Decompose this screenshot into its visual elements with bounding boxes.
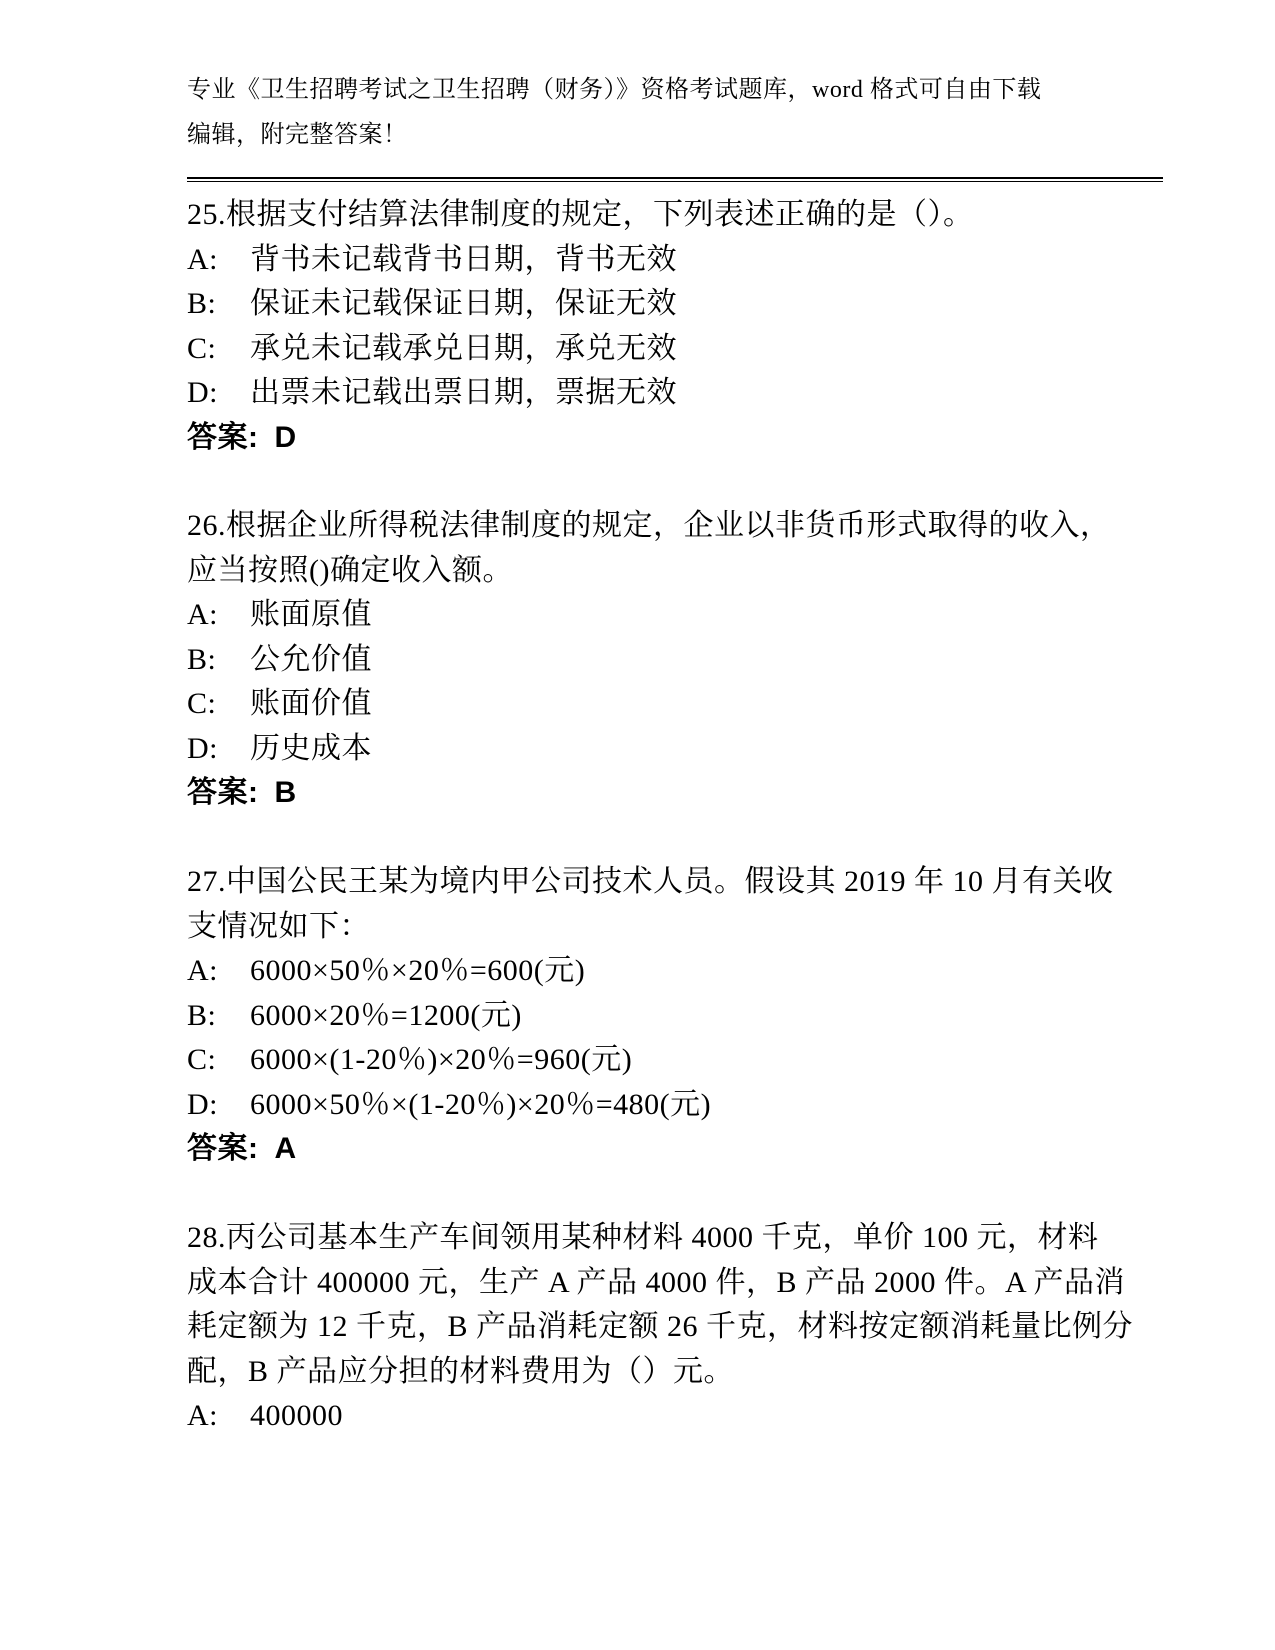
- question-27-option-a: A: 6000×50％×20％=600(元): [187, 949, 1147, 994]
- question-28-stem-line-4: 配，B 产品应分担的材料费用为（）元。: [187, 1350, 1147, 1395]
- question-28: 28.丙公司基本生产车间领用某种材料 4000 千克，单价 100 元，材料 成…: [187, 1216, 1147, 1439]
- answer-value: D: [275, 416, 297, 461]
- question-25: 25.根据支付结算法律制度的规定，下列表述正确的是（）。 A: 背书未记载背书日…: [187, 193, 1147, 460]
- option-text: 背书未记载背书日期，背书无效: [250, 238, 677, 283]
- option-text: 6000×20％=1200(元): [250, 994, 522, 1039]
- question-25-stem: 25.根据支付结算法律制度的规定，下列表述正确的是（）。: [187, 193, 1147, 238]
- question-27-option-c: C: 6000×(1-20％)×20％=960(元): [187, 1038, 1147, 1083]
- option-label: B:: [187, 638, 250, 683]
- header-divider: [187, 177, 1163, 182]
- question-28-stem-line-3: 耗定额为 12 千克，B 产品消耗定额 26 千克，材料按定额消耗量比例分: [187, 1305, 1147, 1350]
- option-text: 承兑未记载承兑日期，承兑无效: [250, 327, 677, 372]
- answer-value: A: [275, 1127, 297, 1172]
- option-text: 出票未记载出票日期，票据无效: [250, 371, 677, 416]
- question-27-stem-line-2: 支情况如下：: [187, 905, 1147, 950]
- option-label: A:: [187, 1394, 250, 1439]
- question-28-stem-line-2: 成本合计 400000 元，生产 A 产品 4000 件，B 产品 2000 件…: [187, 1261, 1147, 1306]
- question-25-option-d: D: 出票未记载出票日期，票据无效: [187, 371, 1147, 416]
- question-28-option-a: A: 400000: [187, 1394, 1147, 1439]
- header-line-1: 专业《卫生招聘考试之卫生招聘（财务）》资格考试题库，word 格式可自由下载: [187, 68, 1137, 113]
- question-26-stem-line-1: 26.根据企业所得税法律制度的规定，企业以非货币形式取得的收入，: [187, 504, 1147, 549]
- page-header: 专业《卫生招聘考试之卫生招聘（财务）》资格考试题库，word 格式可自由下载 编…: [187, 68, 1137, 157]
- question-27-option-d: D: 6000×50％×(1-20％)×20％=480(元): [187, 1083, 1147, 1128]
- question-27-answer: 答案: A: [187, 1127, 1147, 1172]
- question-26-option-d: D: 历史成本: [187, 727, 1147, 772]
- question-27: 27.中国公民王某为境内甲公司技术人员。假设其 2019 年 10 月有关收 支…: [187, 860, 1147, 1172]
- option-label: D:: [187, 727, 250, 772]
- option-text: 公允价值: [250, 638, 372, 683]
- option-text: 6000×50％×20％=600(元): [250, 949, 585, 994]
- option-label: B:: [187, 994, 250, 1039]
- option-text: 保证未记载保证日期，保证无效: [250, 282, 677, 327]
- option-label: C:: [187, 1038, 250, 1083]
- question-26-answer: 答案: B: [187, 771, 1147, 816]
- option-label: C:: [187, 682, 250, 727]
- option-text: 400000: [250, 1394, 343, 1439]
- option-text: 6000×(1-20％)×20％=960(元): [250, 1038, 632, 1083]
- question-26: 26.根据企业所得税法律制度的规定，企业以非货币形式取得的收入， 应当按照()确…: [187, 504, 1147, 816]
- question-27-option-b: B: 6000×20％=1200(元): [187, 994, 1147, 1039]
- option-text: 账面价值: [250, 682, 372, 727]
- option-label: C:: [187, 327, 250, 372]
- option-label: A:: [187, 949, 250, 994]
- answer-value: B: [275, 771, 297, 816]
- option-label: D:: [187, 1083, 250, 1128]
- question-26-option-a: A: 账面原值: [187, 593, 1147, 638]
- option-text: 历史成本: [250, 727, 372, 772]
- header-line-2: 编辑，附完整答案！: [187, 113, 1137, 158]
- document-page: 专业《卫生招聘考试之卫生招聘（财务）》资格考试题库，word 格式可自由下载 编…: [0, 0, 1275, 1650]
- answer-label: 答案:: [187, 416, 259, 461]
- question-27-stem-line-1: 27.中国公民王某为境内甲公司技术人员。假设其 2019 年 10 月有关收: [187, 860, 1147, 905]
- option-label: D:: [187, 371, 250, 416]
- question-25-option-c: C: 承兑未记载承兑日期，承兑无效: [187, 327, 1147, 372]
- answer-label: 答案:: [187, 771, 259, 816]
- question-28-stem-line-1: 28.丙公司基本生产车间领用某种材料 4000 千克，单价 100 元，材料: [187, 1216, 1147, 1261]
- question-25-answer: 答案: D: [187, 416, 1147, 461]
- question-26-option-b: B: 公允价值: [187, 638, 1147, 683]
- option-label: A:: [187, 593, 250, 638]
- option-label: B:: [187, 282, 250, 327]
- question-26-option-c: C: 账面价值: [187, 682, 1147, 727]
- question-26-stem-line-2: 应当按照()确定收入额。: [187, 549, 1147, 594]
- question-25-option-a: A: 背书未记载背书日期，背书无效: [187, 238, 1147, 283]
- option-label: A:: [187, 238, 250, 283]
- question-25-option-b: B: 保证未记载保证日期，保证无效: [187, 282, 1147, 327]
- option-text: 6000×50％×(1-20％)×20％=480(元): [250, 1083, 711, 1128]
- answer-label: 答案:: [187, 1127, 259, 1172]
- option-text: 账面原值: [250, 593, 372, 638]
